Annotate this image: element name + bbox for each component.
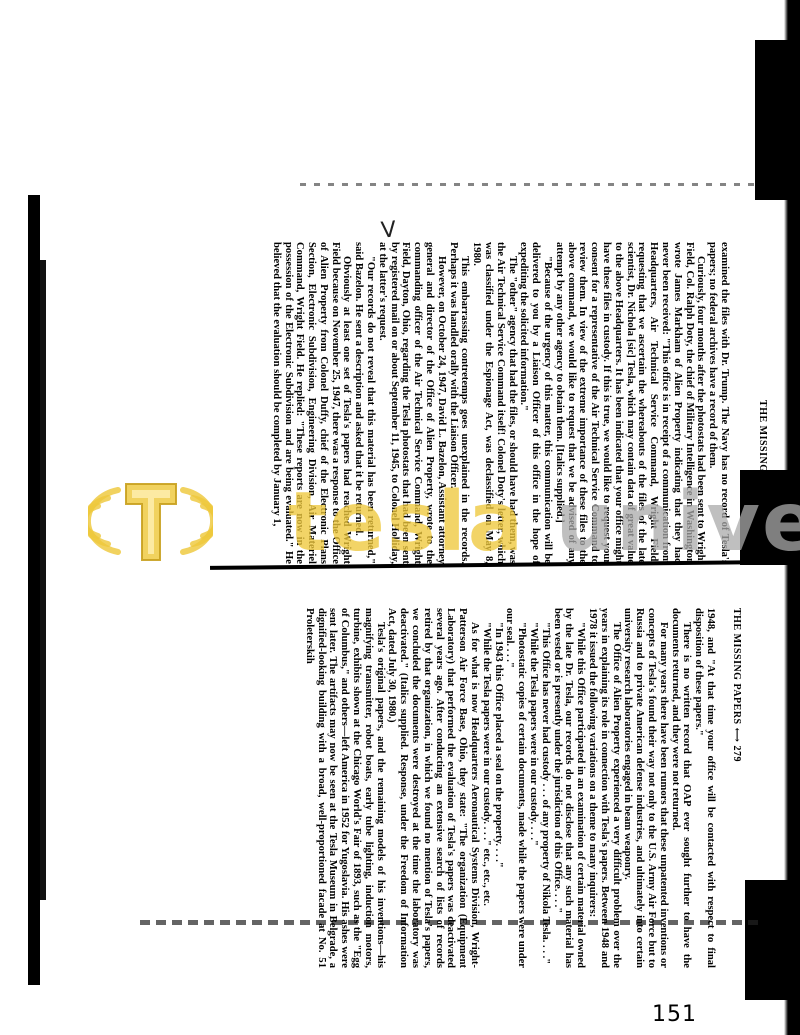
paragraph: The "other" agency that had the files, o… [470,242,517,564]
paragraph: "While the Tesla papers were in our cust… [527,608,539,968]
scan-left-border-shadow [40,260,46,900]
paragraph: Tesla's original papers, and the remaini… [303,608,386,968]
paragraph: Curiously, four months after the photost… [553,242,706,564]
paragraph: "This Office has never had custody . . .… [539,608,551,968]
paragraph: "In 1943 this Office placed a seal on th… [492,608,504,968]
handwritten-check-mark: V [380,217,397,243]
right-page-body: 1948, and "At that time your office will… [303,608,716,968]
scan-noise-top [300,183,760,186]
running-head-left: THE MISSING PAPERS ⟷ 278 [756,400,768,554]
right-page: THE MISSING PAPERS ⟷ 279 1948, and "At t… [303,608,716,968]
paragraph: There is no written record that OAP ever… [669,608,693,968]
paragraph: The Office of Alien Property experienced… [586,608,621,968]
left-page: THE MISSING PAPERS ⟷ 278 examined the fi… [270,242,730,564]
running-head-right: THE MISSING PAPERS ⟷ 279 [730,608,742,762]
paragraph: However, on October 24, 1947, David L. B… [376,242,447,564]
paragraph: "Because of the urgency of this matter, … [518,242,553,564]
paragraph: "Photostatic copies of certain documents… [504,608,528,968]
tesla-universe-logo-icon [88,476,213,566]
paragraph: examined the files with Dr. Trump. The N… [706,242,730,564]
left-page-body: examined the files with Dr. Trump. The N… [270,242,730,564]
handwritten-page-number: 151 [652,1002,697,1027]
scan-right-border-blot [755,40,800,200]
paragraph: As for what is now Headquarters Aeronaut… [386,608,480,968]
scan-right-border-blot [745,880,800,1000]
paragraph: "While the Tesla papers were in our cust… [480,608,492,968]
paragraph: For many years there have been rumors th… [622,608,669,968]
paragraph: Obviously at least one set of Tesla's pa… [270,242,353,564]
scan-right-border-blot [740,470,800,565]
paragraph: "While this Office participated in an ex… [551,608,586,968]
scan-left-border [28,195,40,985]
paragraph: "Our records do not reveal that this mat… [353,242,377,564]
paragraph: 1948, and "At that time your office will… [692,608,716,968]
paragraph: This embarrassing contretemps goes unexp… [447,242,471,564]
